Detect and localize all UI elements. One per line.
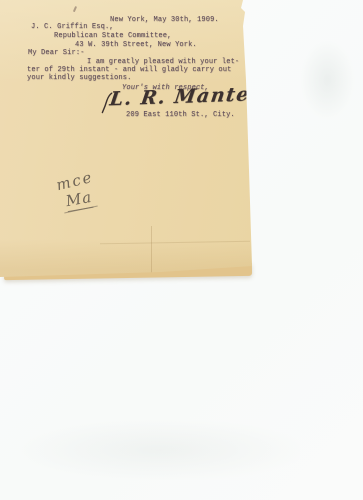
- salutation-line: My Dear Sir:-: [28, 49, 85, 57]
- paper-crease-vertical: [151, 226, 152, 276]
- recipient-line: J. C. Griffin Esq.,: [31, 23, 114, 31]
- paper-crease-horizontal: [100, 241, 250, 245]
- letter-paper: New York, May 30th, 1909. J. C. Griffin …: [0, 0, 253, 278]
- body-line-3: your kindly suggestions.: [27, 74, 131, 82]
- scanner-smudge: [300, 40, 355, 120]
- organization-line: Republican State Committee,: [54, 32, 171, 40]
- body-line-2: ter of 29th instant - and will gladly ca…: [27, 66, 231, 74]
- scanned-letter-page: New York, May 30th, 1909. J. C. Griffin …: [0, 0, 363, 500]
- date-line: New York, May 30th, 1909.: [110, 16, 219, 24]
- street-address-line: 43 W. 39th Street, New York.: [75, 41, 197, 49]
- signature-address-line: 209 East 110th St., City.: [126, 111, 235, 119]
- body-line-1: I am greatly pleased with your let-: [87, 58, 239, 66]
- scanner-smudge: [20, 420, 300, 480]
- stray-pen-mark: [73, 6, 77, 12]
- signature-text: L. R. Mantell: [108, 83, 269, 111]
